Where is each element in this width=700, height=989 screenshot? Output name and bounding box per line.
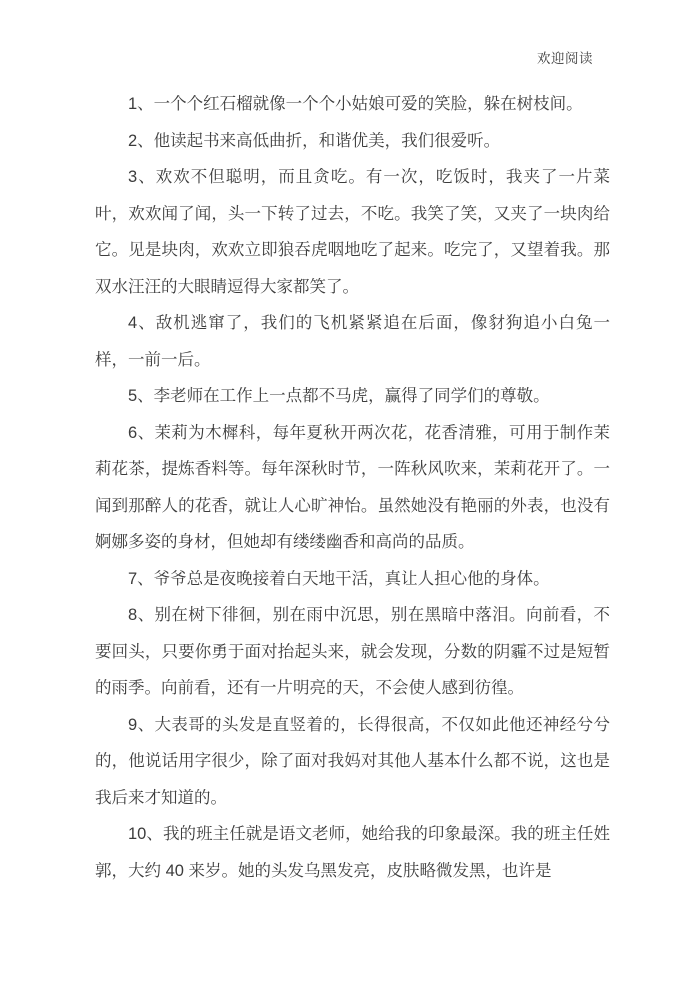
paragraph-2: 2、他读起书来高低曲折，和谐优美，我们很爱听。 xyxy=(95,123,610,160)
paragraph-9: 9、大表哥的头发是直竖着的，长得很高，不仅如此他还神经兮兮的，他说话用字很少，除… xyxy=(95,707,610,817)
paragraph-1: 1、一个个红石榴就像一个个小姑娘可爱的笑脸，躲在树枝间。 xyxy=(95,86,610,123)
paragraph-4: 4、敌机逃窜了，我们的飞机紧紧追在后面，像豺狗追小白兔一样，一前一后。 xyxy=(95,305,610,378)
paragraph-5: 5、李老师在工作上一点都不马虎，赢得了同学们的尊敬。 xyxy=(95,378,610,415)
paragraph-7: 7、爷爷总是夜晚接着白天地干活，真让人担心他的身体。 xyxy=(95,561,610,598)
paragraph-8: 8、别在树下徘徊，别在雨中沉思，别在黑暗中落泪。向前看，不要回头，只要你勇于面对… xyxy=(95,597,610,707)
document-body: 1、一个个红石榴就像一个个小姑娘可爱的笑脸，躲在树枝间。 2、他读起书来高低曲折… xyxy=(95,86,610,889)
page-header-text: 欢迎阅读 xyxy=(537,51,593,67)
paragraph-6: 6、茉莉为木樨科，每年夏秋开两次花，花香清雅，可用于制作茉莉花茶，提炼香料等。每… xyxy=(95,415,610,561)
paragraph-10: 10、我的班主任就是语文老师，她给我的印象最深。我的班主任姓郭，大约 40 来岁… xyxy=(95,816,610,889)
paragraph-3: 3、欢欢不但聪明，而且贪吃。有一次，吃饭时，我夹了一片菜叶，欢欢闻了闻，头一下转… xyxy=(95,159,610,305)
document-page: 欢迎阅读 1、一个个红石榴就像一个个小姑娘可爱的笑脸，躲在树枝间。 2、他读起书… xyxy=(0,0,700,989)
